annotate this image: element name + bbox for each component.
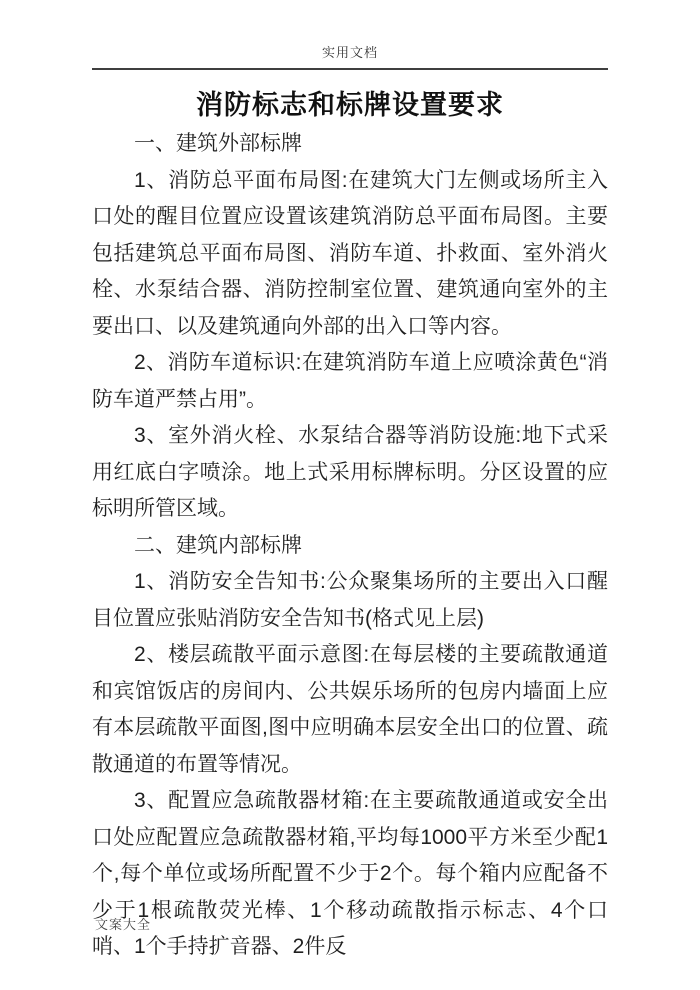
- document-page: 实用文档 消防标志和标牌设置要求 一、建筑外部标牌 1、消防总平面布局图:在建筑…: [0, 0, 700, 990]
- page-footer: 文案大全: [95, 914, 151, 933]
- paragraph-1-2: 2、消防车道标识:在建筑消防车道上应喷涂黄色“消防车道严禁占用”。: [92, 345, 608, 418]
- page-header: 实用文档: [92, 42, 608, 70]
- paragraph-1-3: 3、室外消火栓、水泵结合器等消防设施:地下式采用红底白字喷涂。地上式采用标牌标明…: [92, 418, 608, 528]
- section-heading-1: 一、建筑外部标牌: [92, 126, 608, 163]
- paragraph-2-1: 1、消防安全告知书:公众聚集场所的主要出入口醒目位置应张贴消防安全告知书(格式见…: [92, 564, 608, 637]
- paragraph-2-3: 3、配置应急疏散器材箱:在主要疏散通道或安全出口处应配置应急疏散器材箱,平均每1…: [92, 783, 608, 966]
- document-content: 消防标志和标牌设置要求 一、建筑外部标牌 1、消防总平面布局图:在建筑大门左侧或…: [92, 84, 608, 966]
- section-heading-2: 二、建筑内部标牌: [92, 528, 608, 565]
- paragraph-2-2: 2、楼层疏散平面示意图:在每层楼的主要疏散通道和宾馆饭店的房间内、公共娱乐场所的…: [92, 637, 608, 783]
- paragraph-1-1: 1、消防总平面布局图:在建筑大门左侧或场所主入口处的醒目位置应设置该建筑消防总平…: [92, 163, 608, 346]
- document-body: 一、建筑外部标牌 1、消防总平面布局图:在建筑大门左侧或场所主入口处的醒目位置应…: [92, 126, 608, 966]
- document-title: 消防标志和标牌设置要求: [92, 84, 608, 126]
